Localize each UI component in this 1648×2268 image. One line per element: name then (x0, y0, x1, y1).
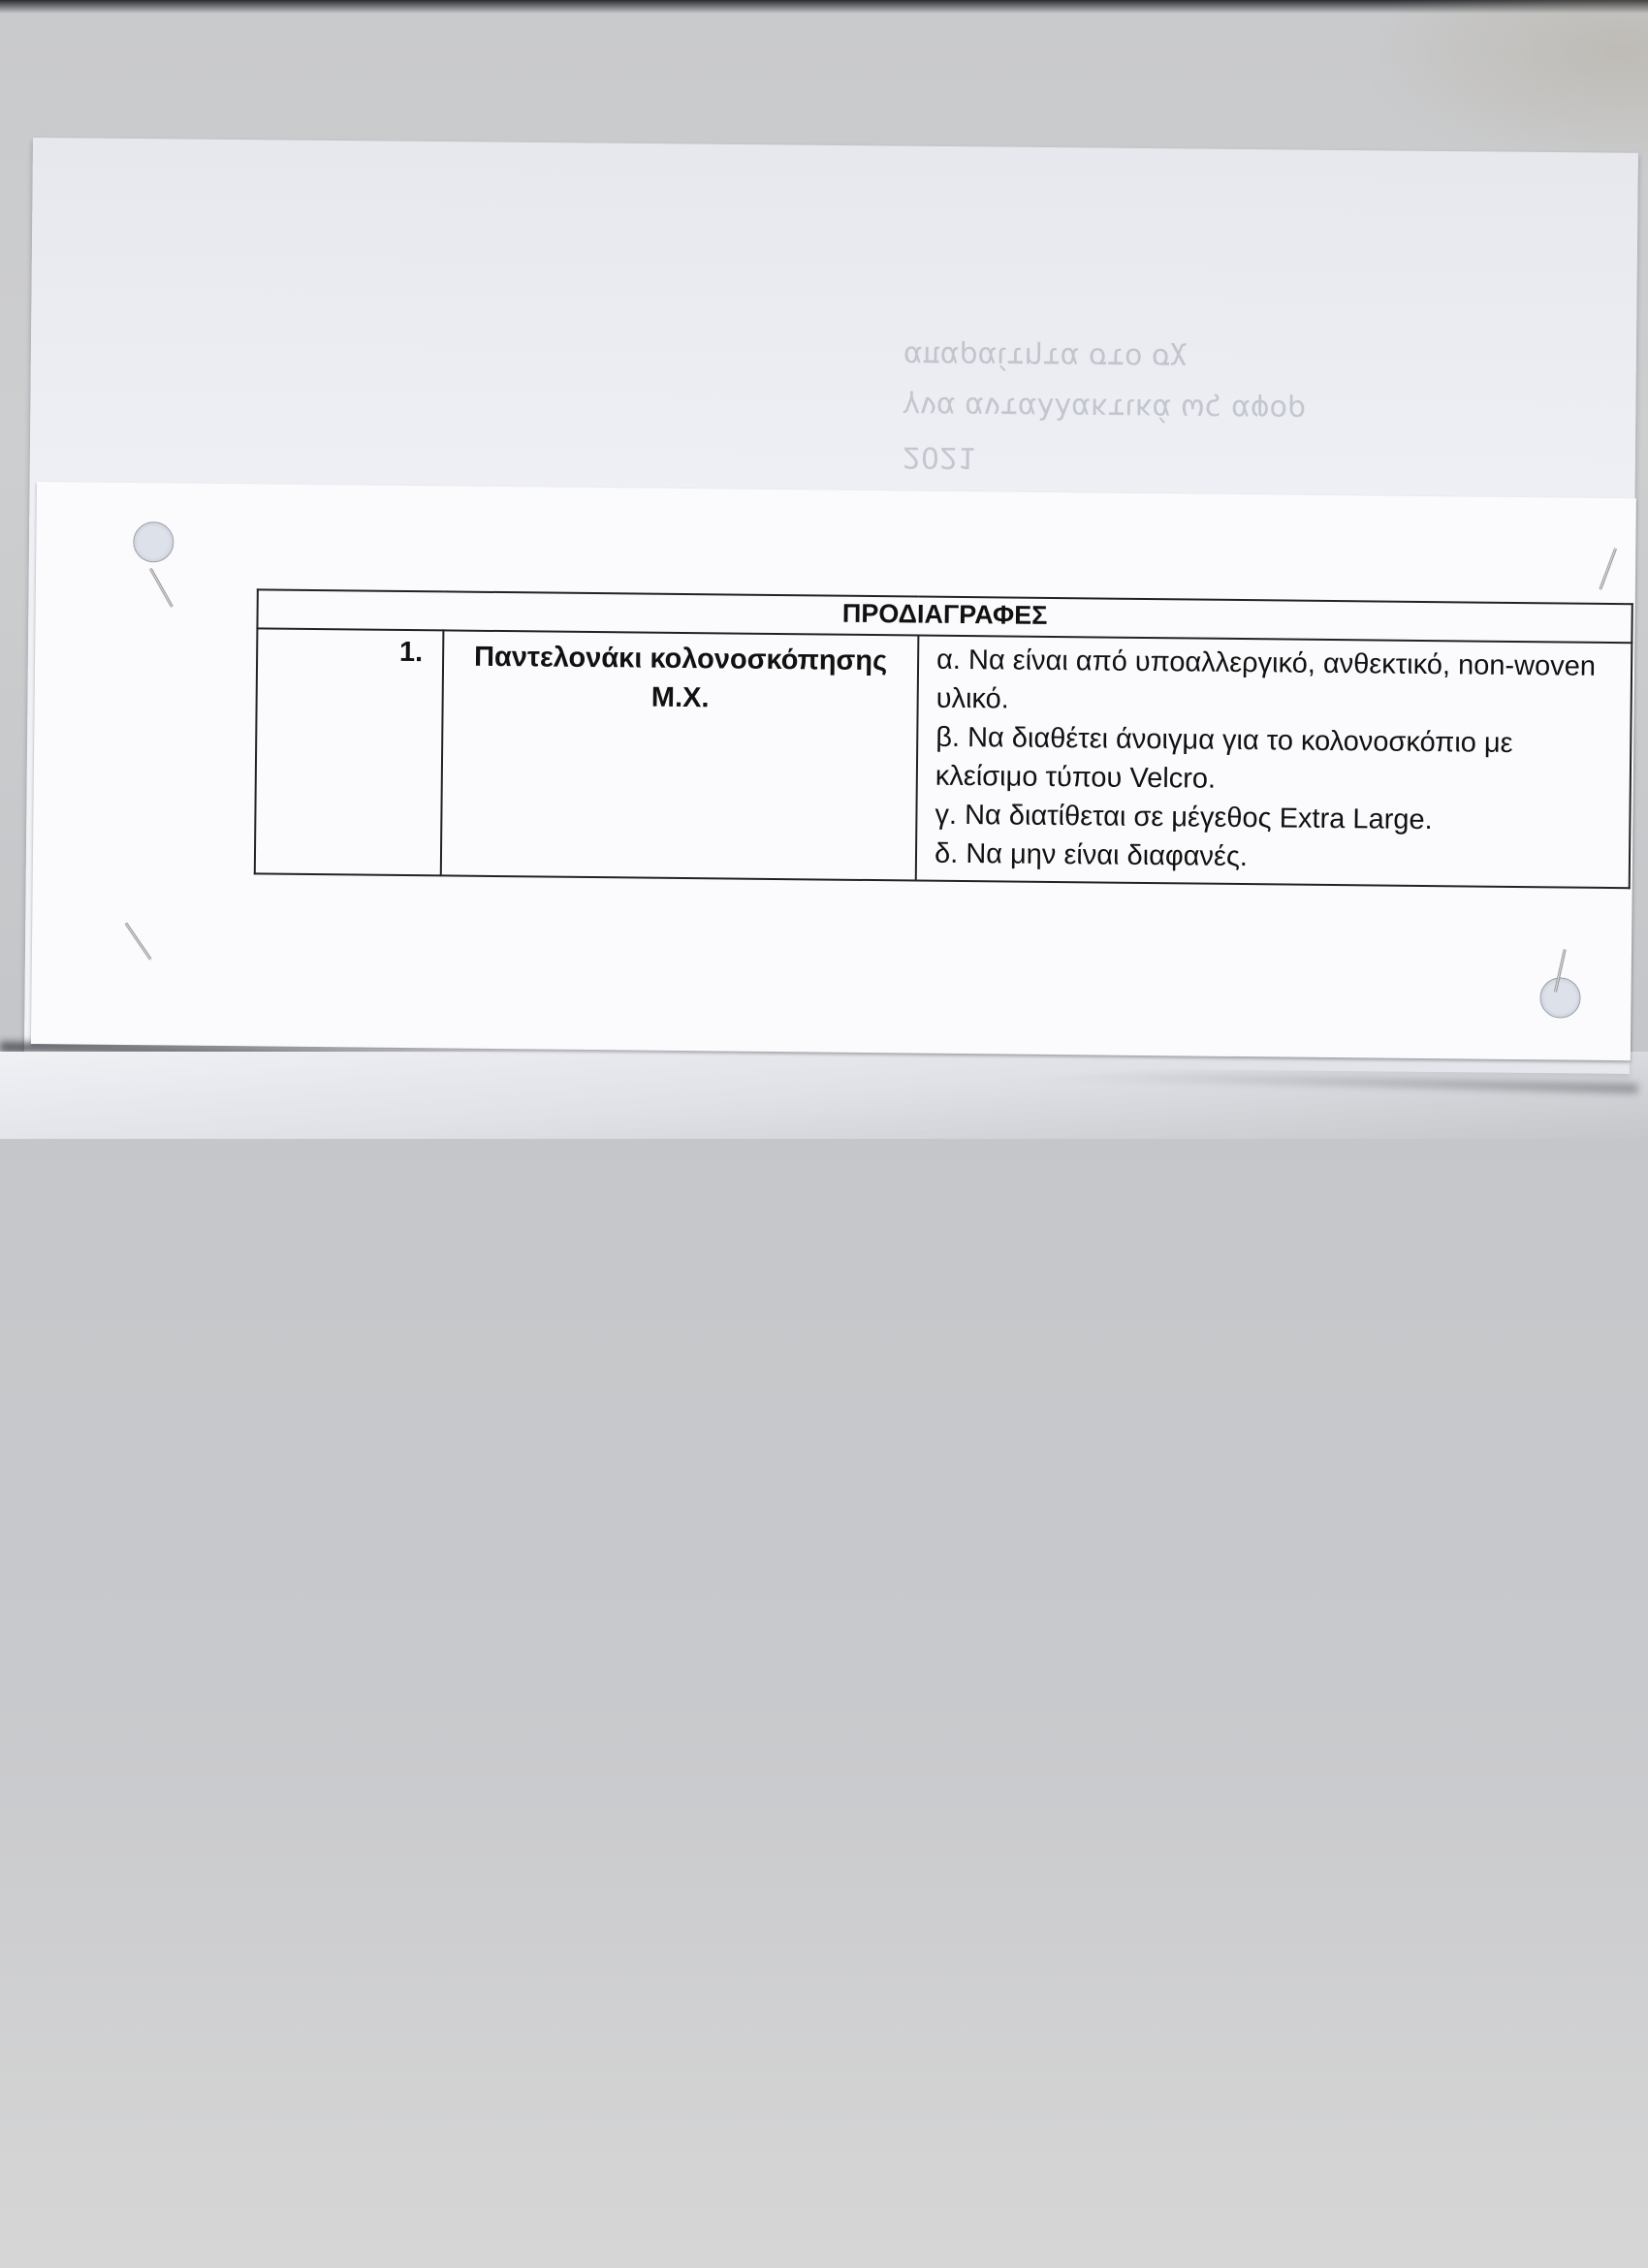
staple-icon (124, 922, 151, 961)
bleed-line: γνα ανταλλακτικά ως αφορ (903, 381, 1523, 437)
bleed-line: απαραίτητα στο σχ (903, 331, 1524, 387)
item-specifications: α. Να είναι από υποαλλεργικό, ανθεκτικό,… (916, 636, 1632, 889)
specification-slip: ΠΡΟΔΙΑΓΡΑΦΕΣ 1. Παντελονάκι κολονοσκόπησ… (31, 482, 1636, 1060)
staple-icon (1599, 548, 1617, 590)
page-fold (0, 1052, 1648, 1139)
punch-hole-icon (1539, 977, 1580, 1018)
row-number: 1. (255, 628, 444, 875)
item-name: Παντελονάκι κολονοσκόπησης Μ.Χ. (441, 630, 919, 880)
staple-icon (149, 568, 174, 609)
table-row: 1. Παντελονάκι κολονοσκόπησης Μ.Χ. α. Να… (255, 628, 1632, 888)
punch-hole-icon (133, 521, 174, 562)
spec-line: α. Να είναι από υποαλλεργικό, ανθεκτικό,… (935, 641, 1613, 725)
spec-line: β. Να διαθέτει άνοιγμα για το κολονοσκόπ… (935, 718, 1613, 803)
bleed-line: 2021 (903, 431, 1523, 488)
spec-line: δ. Να μην είναι διαφανές. (935, 835, 1611, 880)
scanner-stain (1357, 0, 1648, 174)
specifications-table: ΠΡΟΔΙΑΓΡΑΦΕΣ 1. Παντελονάκι κολονοσκόπησ… (254, 588, 1633, 889)
